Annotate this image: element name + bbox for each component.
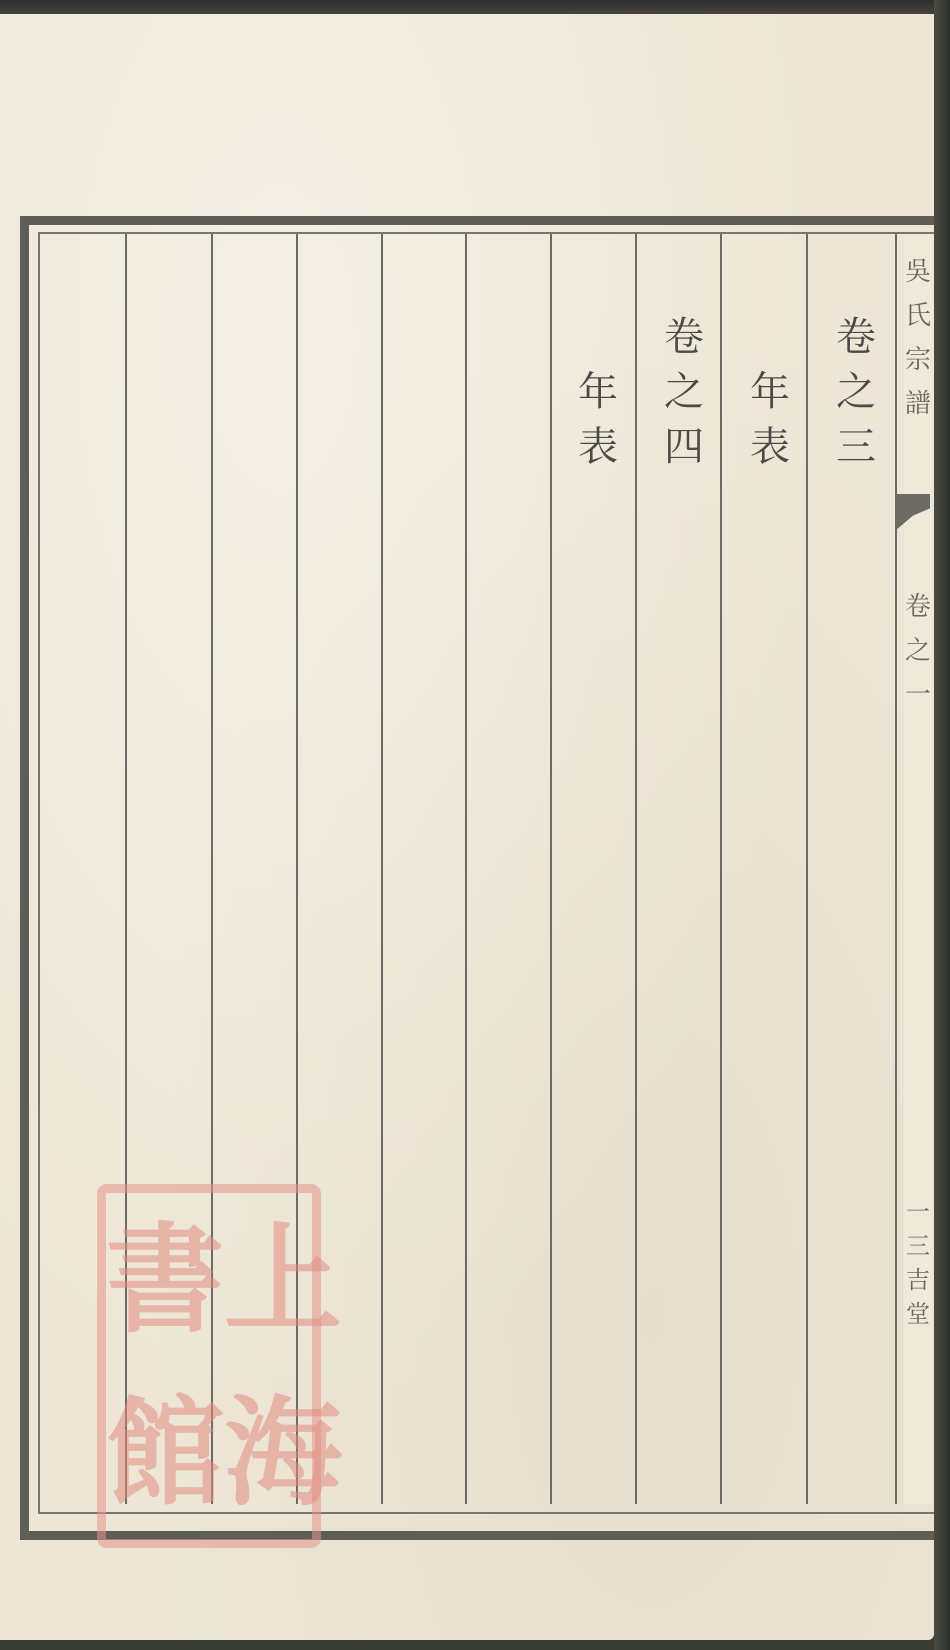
margin-title: 吳 氏 宗 譜	[906, 250, 930, 426]
margin-page-number: 一 三 吉 堂	[906, 1195, 930, 1331]
char: 吳	[906, 250, 930, 294]
char: 三	[906, 1229, 930, 1263]
text-column-chronology-2: 年 表	[568, 365, 628, 475]
char: 之	[906, 629, 930, 673]
char: 年	[750, 365, 790, 420]
char: 卷	[836, 310, 876, 365]
char: 卷	[906, 585, 930, 629]
char: 表	[750, 420, 790, 475]
seal-char: 館	[106, 1366, 224, 1539]
book-spine-edge	[934, 0, 950, 1650]
char: 一	[906, 673, 930, 717]
char: 譜	[906, 382, 930, 426]
char: 三	[836, 420, 876, 475]
text-column-volume-3: 卷 之 三	[826, 310, 886, 475]
column-rule	[720, 234, 722, 1504]
char: 表	[578, 420, 618, 475]
char: 四	[664, 420, 704, 475]
char: 堂	[906, 1297, 930, 1331]
char: 一	[906, 1195, 930, 1229]
column-rule	[635, 234, 637, 1504]
seal-char: 書	[106, 1193, 224, 1366]
margin-volume: 卷 之 一	[906, 585, 930, 717]
char: 卷	[664, 310, 704, 365]
column-rule	[550, 234, 552, 1504]
char: 之	[836, 365, 876, 420]
column-rule	[465, 234, 467, 1504]
text-column-volume-4: 卷 之 四	[654, 310, 714, 475]
seal-char: 海	[224, 1366, 342, 1539]
column-rule	[895, 234, 897, 1504]
char: 之	[664, 365, 704, 420]
char: 宗	[906, 338, 930, 382]
column-rule	[806, 234, 808, 1504]
text-column-chronology-1: 年 表	[740, 365, 800, 475]
char: 氏	[906, 294, 930, 338]
library-seal-stamp: 書 上 館 海	[97, 1184, 321, 1548]
char: 年	[578, 365, 618, 420]
seal-char: 上	[224, 1193, 342, 1366]
char: 吉	[906, 1263, 930, 1297]
column-rule	[381, 234, 383, 1504]
